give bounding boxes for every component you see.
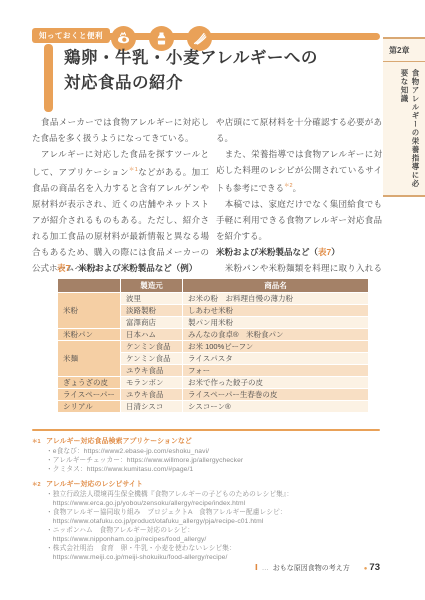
footnote-divider xyxy=(32,429,380,431)
chapter-sidebar: 第2章 食物アレルギーの栄養指導に必要な知識 xyxy=(383,37,425,197)
header-bar xyxy=(104,33,380,40)
table-row: 米麺ケンミン食品お米 100%ビーフン xyxy=(58,341,369,353)
product-cell: シスコーン® xyxy=(183,401,369,413)
table-row: ライスペーパーユウキ食品ライスペーパー生春巻の皮 xyxy=(58,389,369,401)
maker-cell: ユウキ食品 xyxy=(121,389,183,401)
footnote-block: ＊1アレルギー対応食品検索アプリケーションなど・e食なび：https://www… xyxy=(32,437,384,474)
product-cell: お米の粉 お料理自慢の薄力粉 xyxy=(183,293,369,305)
product-cell: お米で作った餃子の皮 xyxy=(183,377,369,389)
footnote-marker: ＊2 xyxy=(32,480,41,488)
paragraph: や店頭にて原材料を十分確認する必要がある。 xyxy=(216,114,382,146)
footnote-line: https://www.meiji.co.jp/meiji-shokuiku/f… xyxy=(46,553,384,562)
category-cell: 米粉 xyxy=(58,293,121,329)
table-row: シリアル日清シスコシスコーン® xyxy=(58,401,369,413)
category-cell: 米粉パン xyxy=(58,329,121,341)
footnote-line: ・食物アレルギー協同取り組み プロジェクトA 食物アレルギー配慮レシピ： xyxy=(46,508,384,517)
maker-cell: 富澤商店 xyxy=(121,317,183,329)
maker-cell: ケンミン食品 xyxy=(121,341,183,353)
category-cell: シリアル xyxy=(58,401,121,413)
footer-section-title: おもな原因食物の考え方 xyxy=(273,565,350,572)
paragraph: また、栄養指導では食物アレルギーに対応した料理のレシピが公開されているサイトも参… xyxy=(216,146,382,196)
footnote-marker: ＊1 xyxy=(32,437,41,445)
chapter-label: 第2章 xyxy=(383,39,425,62)
chapter-title-vertical: 食物アレルギーの栄養指導に必要な知識 xyxy=(399,69,421,194)
product-cell: ライスペーパー生春巻の皮 xyxy=(183,389,369,401)
table-header-cell: 製造元 xyxy=(121,279,183,293)
footer-page-dot-icon: ● xyxy=(364,566,368,572)
footnote-line: ・e食なび：https://www2.ebase-jp.com/eshoku_n… xyxy=(46,447,384,456)
products-table-body: 米粉波里お米の粉 お料理自慢の薄力粉淡路製粉しあわせ米粉富澤商店製パン用米粉米粉… xyxy=(58,293,369,413)
table-caption-text: 米粉および米粉製品など（例） xyxy=(78,263,197,273)
product-cell: みんなの食卓® 米粉食パン xyxy=(183,329,369,341)
footnote-line: https://www.otafuku.co.jp/product/otafuk… xyxy=(46,517,384,526)
footnotes: ＊1アレルギー対応食品検索アプリケーションなど・e食なび：https://www… xyxy=(32,437,384,568)
footer-section-number: Ⅰ xyxy=(255,563,258,572)
maker-cell: 日清シスコ xyxy=(121,401,183,413)
product-cell: お米 100%ビーフン xyxy=(183,341,369,353)
left-column: 食品メーカーでは食物アレルギーに対応した食品を多く扱うようになってきている。 ア… xyxy=(32,114,209,276)
product-cell: ライスパスタ xyxy=(183,353,369,365)
product-cell: 製パン用米粉 xyxy=(183,317,369,329)
products-table: 製造元商品名 米粉波里お米の粉 お料理自慢の薄力粉淡路製粉しあわせ米粉富澤商店製… xyxy=(57,278,369,413)
footnote-line: https://www.erca.go.jp/yobou/zensoku/all… xyxy=(46,499,384,508)
maker-cell: ユウキ食品 xyxy=(121,365,183,377)
footnote-block: ＊2アレルギー対応のレシピサイト・独立行政法人環境再生保全機構『食物アレルギーの… xyxy=(32,480,384,562)
table-row: 米粉波里お米の粉 お料理自慢の薄力粉 xyxy=(58,293,369,305)
footer-separator: … xyxy=(262,565,269,572)
page-footer: Ⅰ…おもな原因食物の考え方●73 xyxy=(140,562,380,573)
page-number: 73 xyxy=(369,562,380,573)
table-row: 米粉パン日本ハムみんなの食卓® 米粉食パン xyxy=(58,329,369,341)
category-cell: ぎょうざの皮 xyxy=(58,377,121,389)
footnote-line: ・ニッポンハム 食物アレルギー対応のレシピ： xyxy=(46,526,384,535)
page-title: 鶏卵・牛乳・小麦アレルギーへの 対応食品の紹介 xyxy=(64,46,364,96)
paragraph: 食品メーカーでは食物アレルギーに対応した食品を多く扱うようになってきている。 xyxy=(32,114,209,146)
page-title-line2: 対応食品の紹介 xyxy=(64,71,364,96)
products-table-head-row: 製造元商品名 xyxy=(58,279,369,293)
category-cell: ライスペーパー xyxy=(58,389,121,401)
title-accent-bar xyxy=(44,44,53,112)
table-header-cell xyxy=(58,279,121,293)
product-cell: フォー xyxy=(183,365,369,377)
footnote-heading: アレルギー対応のレシピサイト xyxy=(46,480,384,490)
table-header-cell: 商品名 xyxy=(183,279,369,293)
table-caption: 表7米粉および米粉製品など（例） xyxy=(57,262,197,274)
table-caption-label: 表7 xyxy=(57,263,70,273)
footnote-line: ・クミタス：https://www.kumitasu.com/#page/1 xyxy=(46,465,384,474)
maker-cell: ケンミン食品 xyxy=(121,353,183,365)
maker-cell: 波里 xyxy=(121,293,183,305)
header-badge: 知っておくと便利 xyxy=(32,28,110,43)
maker-cell: 日本ハム xyxy=(121,329,183,341)
footnote-line: https://www.nipponham.co.jp/recipes/food… xyxy=(46,535,384,544)
book-page: 知っておくと便利 鶏卵・牛乳・小麦アレルギーへの 対応食品の紹介 第2章 食物 xyxy=(0,0,425,600)
table-row: ぎょうざの皮モランボンお米で作った餃子の皮 xyxy=(58,377,369,389)
product-cell: しあわせ米粉 xyxy=(183,305,369,317)
subheading: 米粉および米粉製品など（表7） xyxy=(216,244,382,260)
right-column: や店頭にて原材料を十分確認する必要がある。 また、栄養指導では食物アレルギーに対… xyxy=(216,114,382,292)
footnote-line: ・独立行政法人環境再生保全機構『食物アレルギーの子どものためのレシピ集』： xyxy=(46,490,384,499)
maker-cell: 淡路製粉 xyxy=(121,305,183,317)
paragraph: 本稿では、家庭だけでなく集団給食でも手軽に利用できる食物アレルギー対応食品を紹介… xyxy=(216,196,382,244)
paragraph: アレルギーに対応した食品を探すツールとして、アプリケーション＊1などがある。加工… xyxy=(32,146,209,276)
footnote-line: ・アレルギーチェッカー：https://www.willmore.jp/alle… xyxy=(46,456,384,465)
page-title-line1: 鶏卵・牛乳・小麦アレルギーへの xyxy=(64,46,364,71)
footnote-line: ・株式会社明治 食育 卵・牛乳・小麦を使わないレシピ集： xyxy=(46,544,384,553)
footnote-heading: アレルギー対応食品検索アプリケーションなど xyxy=(46,437,384,447)
category-cell: 米麺 xyxy=(58,341,121,377)
maker-cell: モランボン xyxy=(121,377,183,389)
